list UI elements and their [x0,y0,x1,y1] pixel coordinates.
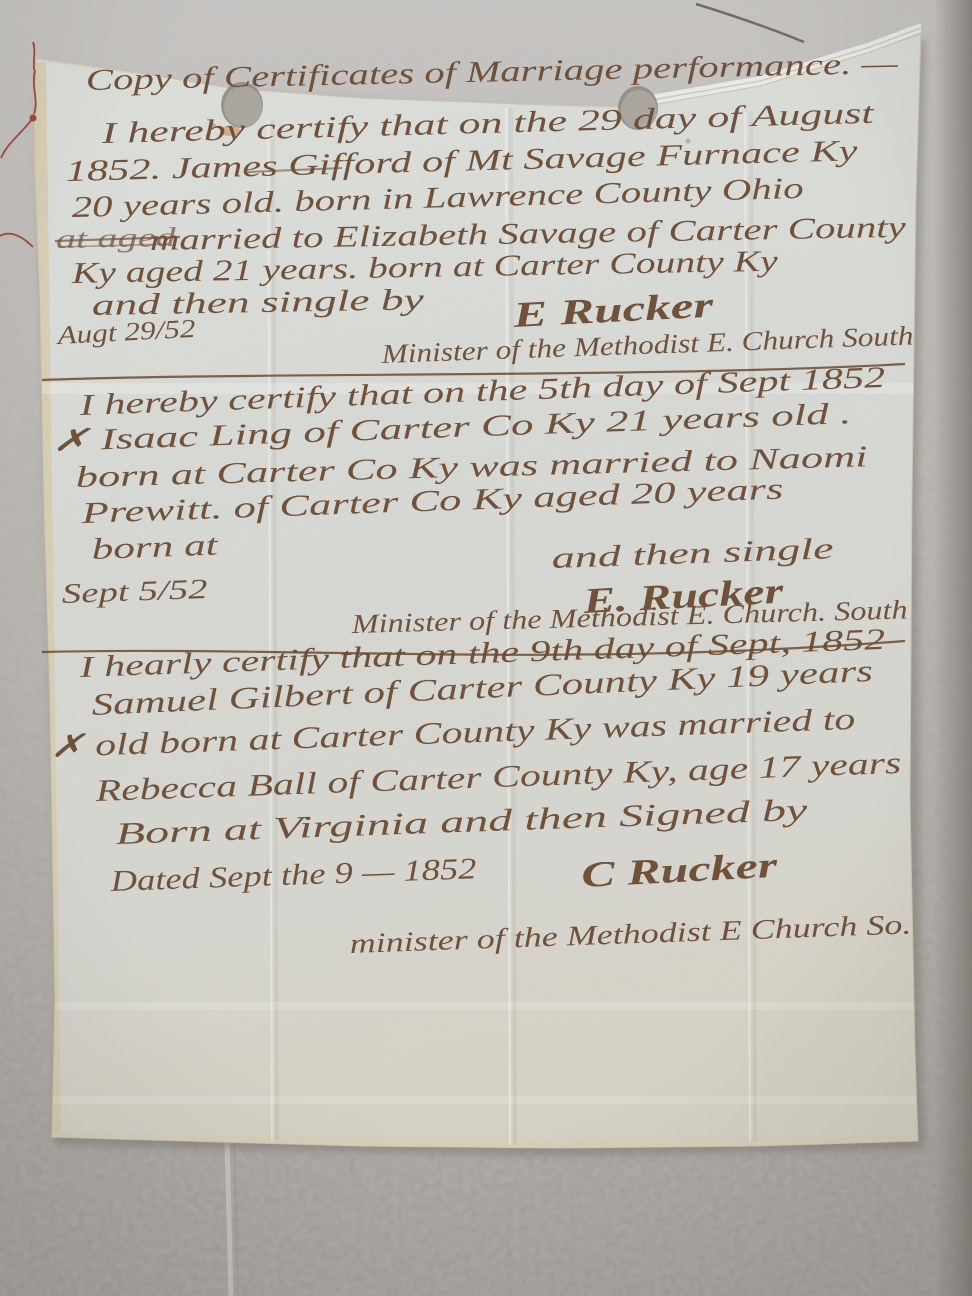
vignette-overlay [0,0,972,1296]
photo-of-document: Copy of Certificates of Marriage perform… [0,0,972,1296]
